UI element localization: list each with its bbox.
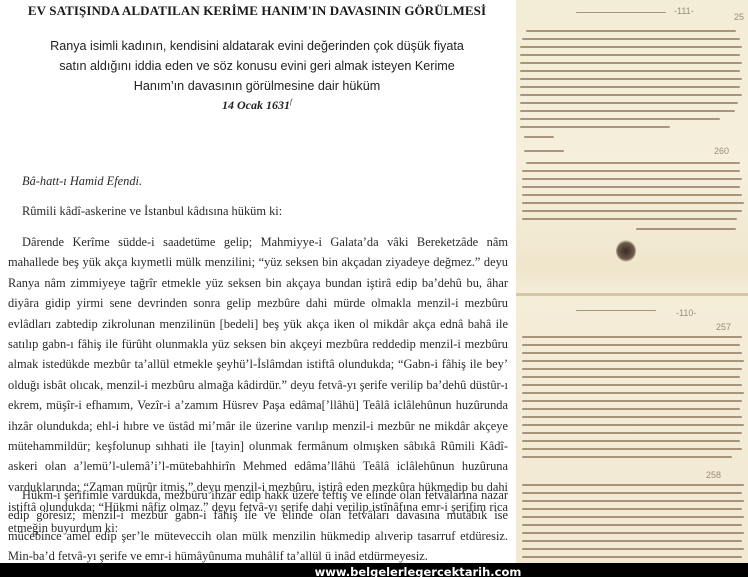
- document-title: EV SATIŞINDA ALDATILAN KERİME HANIM'IN D…: [0, 3, 514, 19]
- ms-page-number: -110-: [676, 308, 696, 318]
- ms-page-number: -111-: [674, 6, 694, 16]
- watermark-link[interactable]: www.belgelerlegercektarih.com: [315, 565, 522, 577]
- document-date: 14 Ocak 1631f: [0, 98, 514, 113]
- manuscript-image: -111- 25 260 -110- 257 258: [516, 0, 748, 563]
- verdict-paragraph: Hükm-i şerifimle vardukda, mezbûru ihzâr…: [8, 485, 508, 567]
- scribe-note: Bâ-hatt-ı Hamid Efendi.: [8, 171, 508, 191]
- date-footnote-marker: f: [290, 98, 292, 106]
- paper-fold: [516, 293, 748, 296]
- ms-page-number: 260: [714, 146, 729, 156]
- date-text: 14 Ocak 1631: [222, 98, 290, 112]
- transcription-column: EV SATIŞINDA ALDATILAN KERİME HANIM'IN D…: [0, 0, 514, 563]
- addressee-line: Rûmili kâdî-askerine ve İstanbul kâdısın…: [8, 201, 508, 221]
- footer-bar: www.belgelerlegercektarih.com: [0, 563, 748, 577]
- ms-page-number: 25: [734, 12, 744, 22]
- ms-page-number: 257: [716, 322, 731, 332]
- ms-page-number: 258: [706, 470, 721, 480]
- ink-blot: [616, 240, 636, 262]
- document-summary: Ranya isimli kadının, kendisini aldatara…: [36, 36, 478, 96]
